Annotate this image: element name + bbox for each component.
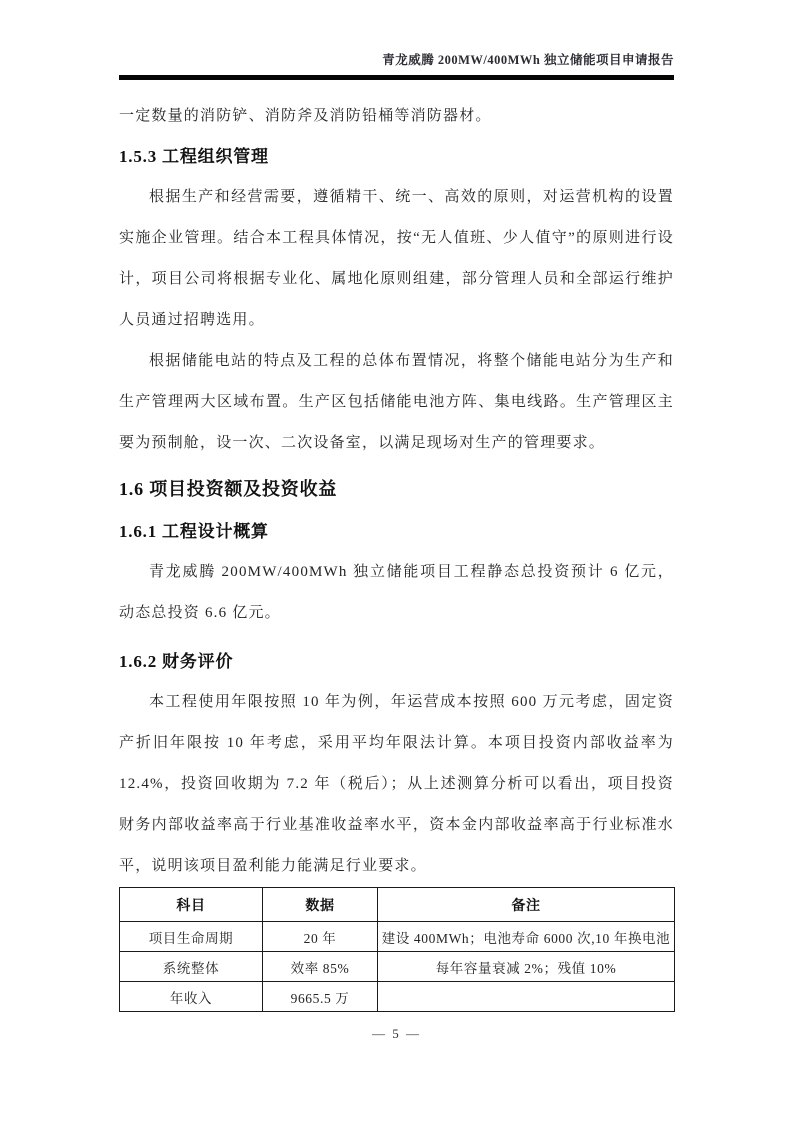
table-cell: 年收入 [120,982,263,1012]
page-number: — 5 — [0,1026,793,1042]
table-cell: 项目生命周期 [120,922,263,952]
section-heading-1-6: 1.6 项目投资额及投资收益 [119,476,674,502]
table-header-data: 数据 [263,888,378,922]
table-row: 年收入 9665.5 万 [120,982,675,1012]
table-cell [378,982,675,1012]
table-cell: 效率 85% [263,952,378,982]
table-row: 系统整体 效率 85% 每年容量衰减 2%；残值 10% [120,952,675,982]
financial-parameters-table: 科目 数据 备注 项目生命周期 20 年 建设 400MWh；电池寿命 6000… [119,887,675,1012]
table-header-subject: 科目 [120,888,263,922]
table-cell: 20 年 [263,922,378,952]
table-cell: 建设 400MWh；电池寿命 6000 次,10 年换电池 [378,922,675,952]
table-cell: 9665.5 万 [263,982,378,1012]
table-cell: 系统整体 [120,952,263,982]
paragraph-org-management-1: 根据生产和经营需要，遵循精干、统一、高效的原则，对运营机构的设置实施企业管理。结… [119,177,674,341]
table-cell: 每年容量衰减 2%；残值 10% [378,952,675,982]
section-heading-1-6-2: 1.6.2 财务评价 [119,650,674,674]
section-heading-1-6-1: 1.6.1 工程设计概算 [119,520,674,544]
table-header-row: 科目 数据 备注 [120,888,675,922]
page-header-title: 青龙威腾 200MW/400MWh 独立储能项目申请报告 [119,50,674,68]
paragraph-financial-evaluation: 本工程使用年限按照 10 年为例，年运营成本按照 600 万元考虑，固定资产折旧… [119,682,674,887]
table-row: 项目生命周期 20 年 建设 400MWh；电池寿命 6000 次,10 年换电… [120,922,675,952]
carryover-paragraph: 一定数量的消防铲、消防斧及消防铅桶等消防器材。 [119,96,674,137]
section-heading-1-5-3: 1.5.3 工程组织管理 [119,145,674,169]
table-header-remark: 备注 [378,888,675,922]
paragraph-design-budget: 青龙威腾 200MW/400MWh 独立储能项目工程静态总投资预计 6 亿元，动… [119,552,674,634]
document-page: 青龙威腾 200MW/400MWh 独立储能项目申请报告 一定数量的消防铲、消防… [0,0,793,1122]
paragraph-org-management-2: 根据储能电站的特点及工程的总体布置情况，将整个储能电站分为生产和生产管理两大区域… [119,341,674,464]
header-rule [119,75,674,80]
document-content: 一定数量的消防铲、消防斧及消防铅桶等消防器材。 1.5.3 工程组织管理 根据生… [119,96,674,1012]
